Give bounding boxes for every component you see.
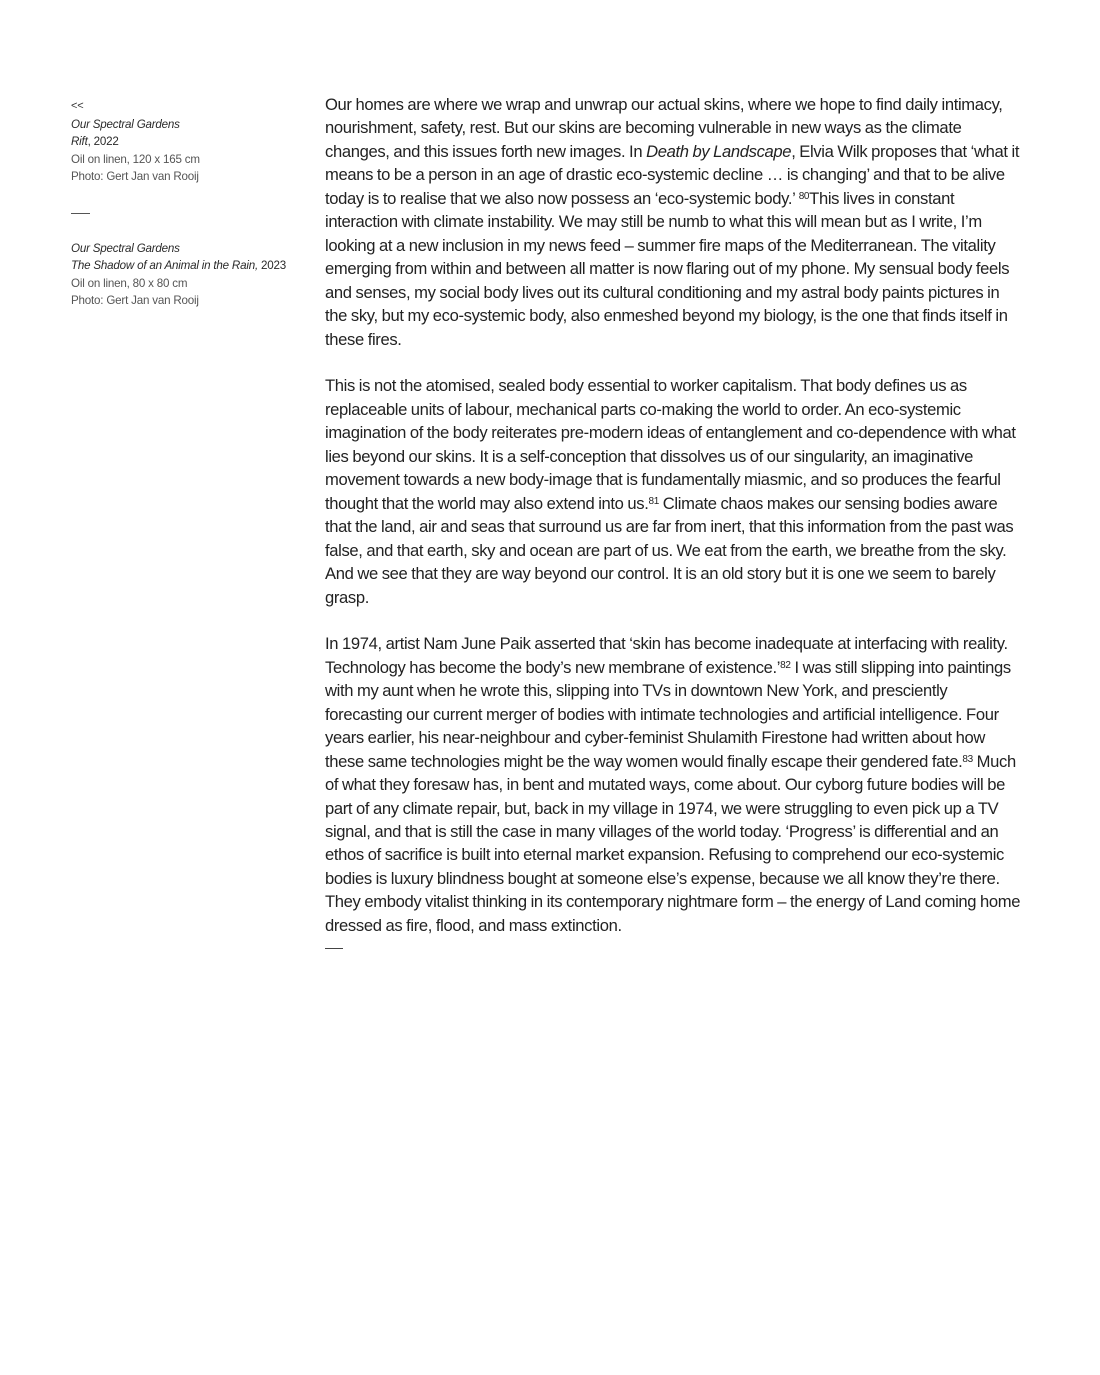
caption-block-1: Our Spectral Gardens Rift, 2022 Oil on l… [71, 116, 311, 186]
caption-medium: Oil on linen, 80 x 80 cm [71, 275, 311, 293]
caption-photo-credit: Photo: Gert Jan van Rooij [71, 292, 311, 310]
caption-block-2: Our Spectral Gardens The Shadow of an An… [71, 240, 311, 310]
footnote-ref-81[interactable]: 81 [649, 496, 659, 507]
caption-series: Our Spectral Gardens [71, 116, 311, 134]
paragraph-text: Much of what they foresaw has, in bent a… [325, 752, 1020, 935]
caption-series: Our Spectral Gardens [71, 240, 311, 258]
paragraph-2: This is not the atomised, sealed body es… [325, 374, 1025, 609]
image-captions-sidebar: << Our Spectral Gardens Rift, 2022 Oil o… [71, 98, 311, 310]
caption-divider [71, 213, 90, 214]
caption-title: Rift, 2022 [71, 133, 311, 151]
paragraph-text: This is not the atomised, sealed body es… [325, 376, 1016, 512]
paragraph-3: In 1974, artist Nam June Paik asserted t… [325, 632, 1025, 937]
paragraph-text: This lives in constant interaction with … [325, 189, 1009, 349]
caption-artwork-title: The Shadow of an Animal in the Rain, [71, 259, 258, 272]
footnote-ref-80[interactable]: 80 [799, 191, 809, 202]
footnote-ref-82[interactable]: 82 [780, 660, 790, 671]
caption-artwork-title: Rift [71, 135, 88, 148]
caption-year: , 2022 [88, 135, 119, 148]
caption-title: The Shadow of an Animal in the Rain, 202… [71, 257, 311, 275]
article-body: Our homes are where we wrap and unwrap o… [325, 93, 1025, 949]
paragraph-1: Our homes are where we wrap and unwrap o… [325, 93, 1025, 351]
caption-medium: Oil on linen, 120 x 165 cm [71, 151, 311, 169]
back-link[interactable]: << [71, 98, 311, 116]
caption-photo-credit: Photo: Gert Jan van Rooij [71, 168, 311, 186]
caption-year: 2023 [258, 259, 286, 272]
book-title: Death by Landscape [646, 142, 791, 161]
end-of-section-rule [325, 948, 343, 949]
footnote-ref-83[interactable]: 83 [962, 754, 972, 765]
